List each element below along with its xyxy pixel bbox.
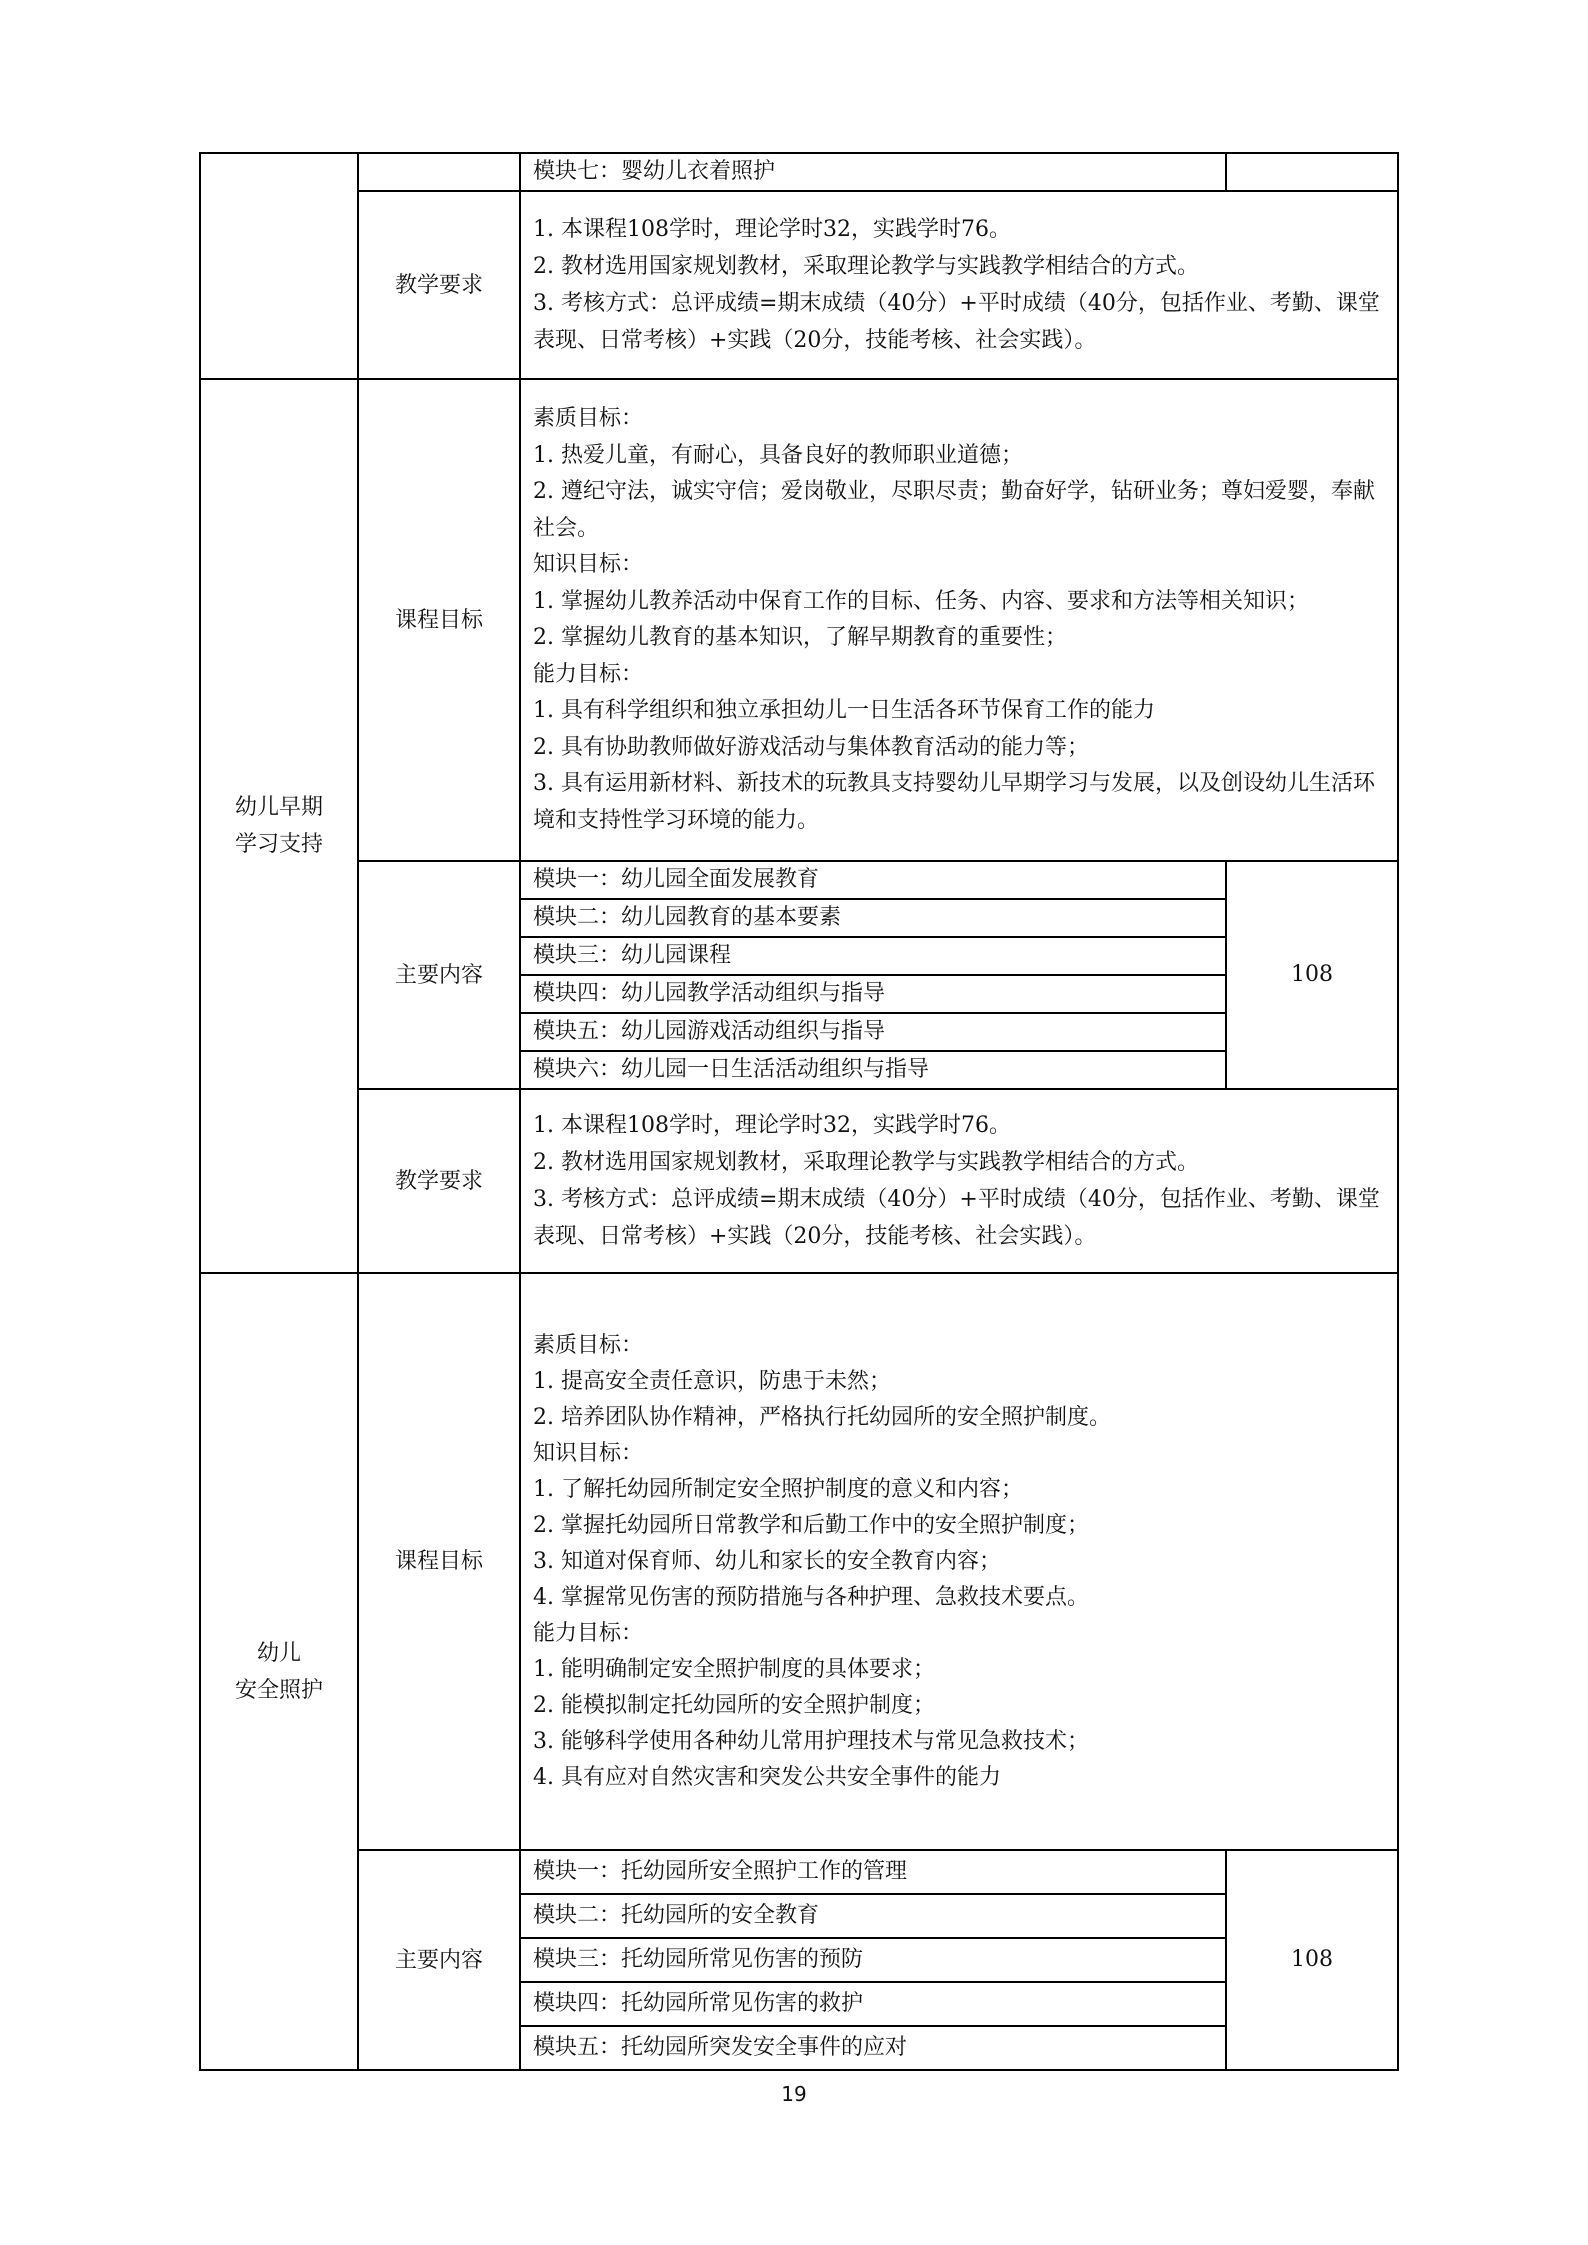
item-label-cell-empty bbox=[358, 153, 520, 191]
module-item: 模块四：托幼园所常见伤害的救护 bbox=[521, 1982, 1226, 2026]
course-name: 幼儿早期 bbox=[201, 789, 357, 826]
objective-line: 1. 热爱儿童，有耐心，具备良好的教师职业道德； bbox=[533, 438, 1387, 475]
objectives-cell: 素质目标： 1. 提高安全责任意识，防患于未然； 2. 培养团队协作精神，严格执… bbox=[520, 1273, 1398, 1850]
hours-cell-empty bbox=[1226, 154, 1397, 190]
module-list: 模块一：幼儿园全面发展教育 108 模块二：幼儿园教育的基本要素 模块三：幼儿园… bbox=[521, 862, 1397, 1088]
objective-heading: 能力目标： bbox=[533, 657, 1387, 694]
item-label: 课程目标 bbox=[358, 379, 520, 861]
objective-line: 1. 掌握幼儿教养活动中保育工作的目标、任务、内容、要求和方法等相关知识； bbox=[533, 584, 1387, 621]
page-number: 19 bbox=[0, 2082, 1588, 2106]
module-list: 模块一：托幼园所安全照护工作的管理 108 模块二：托幼园所的安全教育 模块三：… bbox=[521, 1851, 1397, 2069]
module-item: 模块二：幼儿园教育的基本要素 bbox=[521, 899, 1226, 937]
objective-line: 4. 具有应对自然灾害和突发公共安全事件的能力 bbox=[533, 1760, 1387, 1796]
objective-line: 1. 提高安全责任意识，防患于未然； bbox=[533, 1364, 1387, 1400]
objectives-cell: 素质目标： 1. 热爱儿童，有耐心，具备良好的教师职业道德； 2. 遵纪守法，诚… bbox=[520, 379, 1398, 861]
module-item: 模块五：托幼园所突发安全事件的应对 bbox=[521, 2026, 1226, 2069]
table-row: 幼儿 安全照护 课程目标 素质目标： 1. 提高安全责任意识，防患于未然； 2.… bbox=[200, 1273, 1398, 1850]
module-item: 模块三：幼儿园课程 bbox=[521, 937, 1226, 975]
objective-line: 3. 具有运用新材料、新技术的玩教具支持婴幼儿早期学习与发展，以及创设幼儿生活环… bbox=[533, 766, 1387, 839]
requirement-line: 2. 教材选用国家规划教材，采取理论教学与实践教学相结合的方式。 bbox=[533, 1144, 1387, 1181]
item-label: 课程目标 bbox=[358, 1273, 520, 1850]
hours-value: 108 bbox=[1226, 1851, 1397, 2069]
table-row: 模块七：婴幼儿衣着照护 bbox=[200, 153, 1398, 191]
module-cell: 模块七：婴幼儿衣着照护 bbox=[520, 153, 1398, 191]
objective-heading: 素质目标： bbox=[533, 1328, 1387, 1364]
table-row: 主要内容 模块一：托幼园所安全照护工作的管理 108 模块二：托幼园所的安全教育… bbox=[200, 1850, 1398, 2070]
course-name: 安全照护 bbox=[201, 1672, 357, 1709]
course-name: 学习支持 bbox=[201, 826, 357, 863]
requirement-line: 1. 本课程108学时，理论学时32，实践学时76。 bbox=[533, 1107, 1387, 1144]
requirement-line: 3. 考核方式：总评成绩=期末成绩（40分）+平时成绩（40分，包括作业、考勤、… bbox=[533, 1181, 1387, 1255]
requirements-cell: 1. 本课程108学时，理论学时32，实践学时76。 2. 教材选用国家规划教材… bbox=[520, 191, 1398, 379]
item-label: 教学要求 bbox=[358, 1089, 520, 1273]
requirement-line: 2. 教材选用国家规划教材，采取理论教学与实践教学相结合的方式。 bbox=[533, 248, 1387, 285]
objective-line: 2. 遵纪守法，诚实守信；爱岗敬业，尽职尽责；勤奋好学，钻研业务；尊妇爱婴，奉献… bbox=[533, 474, 1387, 547]
module-list: 模块七：婴幼儿衣着照护 bbox=[521, 154, 1397, 190]
table-row: 教学要求 1. 本课程108学时，理论学时32，实践学时76。 2. 教材选用国… bbox=[200, 191, 1398, 379]
objective-line: 2. 培养团队协作精神，严格执行托幼园所的安全照护制度。 bbox=[533, 1400, 1387, 1436]
objective-line: 2. 能模拟制定托幼园所的安全照护制度； bbox=[533, 1688, 1387, 1724]
requirement-line: 3. 考核方式：总评成绩=期末成绩（40分）+平时成绩（40分，包括作业、考勤、… bbox=[533, 285, 1387, 359]
module-item: 模块六：幼儿园一日生活活动组织与指导 bbox=[521, 1051, 1226, 1088]
objective-line: 1. 具有科学组织和独立承担幼儿一日生活各环节保育工作的能力 bbox=[533, 693, 1387, 730]
item-label: 主要内容 bbox=[358, 861, 520, 1089]
objective-line: 1. 能明确制定安全照护制度的具体要求； bbox=[533, 1652, 1387, 1688]
course-name-cell-empty bbox=[200, 153, 358, 379]
curriculum-table: 模块七：婴幼儿衣着照护 教学要求 1. 本课程108学时，理论学时32，实践学时… bbox=[199, 152, 1399, 2071]
requirements-cell: 1. 本课程108学时，理论学时32，实践学时76。 2. 教材选用国家规划教材… bbox=[520, 1089, 1398, 1273]
objective-line: 1. 了解托幼园所制定安全照护制度的意义和内容； bbox=[533, 1472, 1387, 1508]
course-name: 幼儿 bbox=[201, 1635, 357, 1672]
item-label: 教学要求 bbox=[358, 191, 520, 379]
objective-line: 3. 知道对保育师、幼儿和家长的安全教育内容； bbox=[533, 1544, 1387, 1580]
module-item: 模块一：托幼园所安全照护工作的管理 bbox=[521, 1851, 1226, 1894]
course-name-cell: 幼儿 安全照护 bbox=[200, 1273, 358, 2070]
module-item: 模块五：幼儿园游戏活动组织与指导 bbox=[521, 1013, 1226, 1051]
objective-line: 4. 掌握常见伤害的预防措施与各种护理、急救技术要点。 bbox=[533, 1580, 1387, 1616]
objective-heading: 能力目标： bbox=[533, 1616, 1387, 1652]
objective-heading: 素质目标： bbox=[533, 401, 1387, 438]
module-item: 模块一：幼儿园全面发展教育 bbox=[521, 862, 1226, 899]
objective-line: 2. 掌握托幼园所日常教学和后勤工作中的安全照护制度； bbox=[533, 1508, 1387, 1544]
hours-value: 108 bbox=[1226, 862, 1397, 1088]
content-cell: 模块一：幼儿园全面发展教育 108 模块二：幼儿园教育的基本要素 模块三：幼儿园… bbox=[520, 861, 1398, 1089]
table-row: 主要内容 模块一：幼儿园全面发展教育 108 模块二：幼儿园教育的基本要素 模块… bbox=[200, 861, 1398, 1089]
table-row: 教学要求 1. 本课程108学时，理论学时32，实践学时76。 2. 教材选用国… bbox=[200, 1089, 1398, 1273]
objective-line: 3. 能够科学使用各种幼儿常用护理技术与常见急救技术； bbox=[533, 1724, 1387, 1760]
module-item: 模块二：托幼园所的安全教育 bbox=[521, 1894, 1226, 1938]
module-item: 模块七：婴幼儿衣着照护 bbox=[521, 154, 1226, 190]
course-name-cell: 幼儿早期 学习支持 bbox=[200, 379, 358, 1273]
objective-heading: 知识目标： bbox=[533, 547, 1387, 584]
module-item: 模块四：幼儿园教学活动组织与指导 bbox=[521, 975, 1226, 1013]
table-row: 幼儿早期 学习支持 课程目标 素质目标： 1. 热爱儿童，有耐心，具备良好的教师… bbox=[200, 379, 1398, 861]
document-page: 模块七：婴幼儿衣着照护 教学要求 1. 本课程108学时，理论学时32，实践学时… bbox=[0, 0, 1588, 2245]
objective-line: 2. 掌握幼儿教育的基本知识，了解早期教育的重要性； bbox=[533, 620, 1387, 657]
module-item: 模块三：托幼园所常见伤害的预防 bbox=[521, 1938, 1226, 1982]
requirement-line: 1. 本课程108学时，理论学时32，实践学时76。 bbox=[533, 211, 1387, 248]
content-cell: 模块一：托幼园所安全照护工作的管理 108 模块二：托幼园所的安全教育 模块三：… bbox=[520, 1850, 1398, 2070]
item-label: 主要内容 bbox=[358, 1850, 520, 2070]
objective-line: 2. 具有协助教师做好游戏活动与集体教育活动的能力等； bbox=[533, 730, 1387, 767]
objective-heading: 知识目标： bbox=[533, 1436, 1387, 1472]
